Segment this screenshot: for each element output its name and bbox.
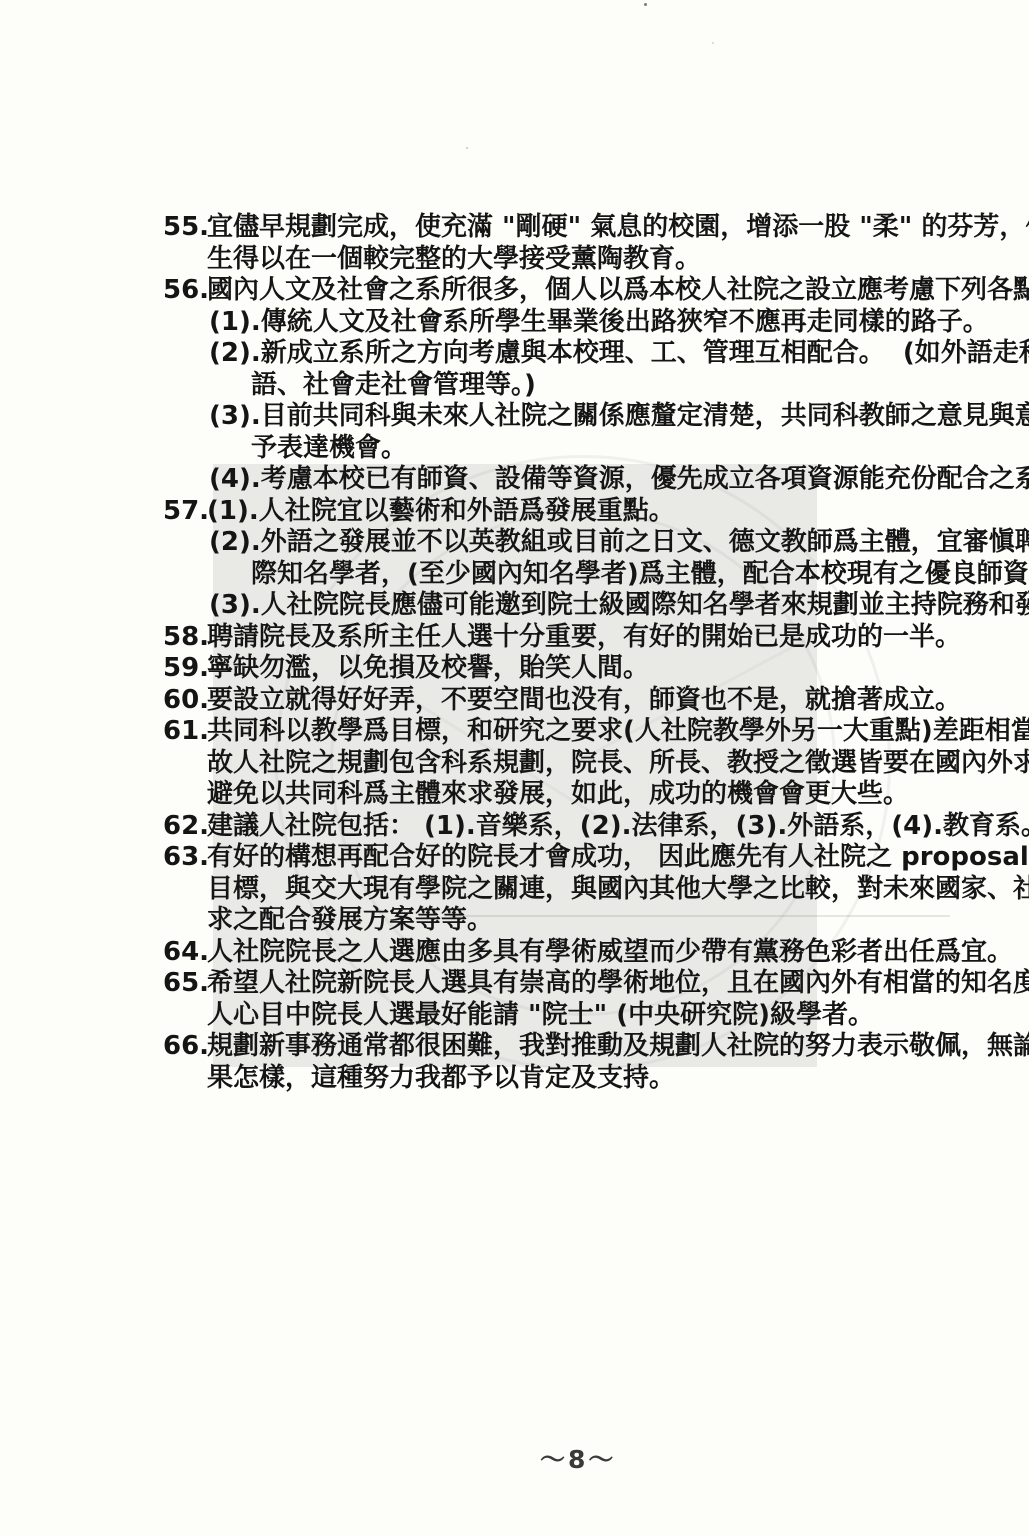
line-text: 予表達機會。 <box>251 433 407 463</box>
text-line: (3).目前共同科與未來人社院之關係應釐定清楚，共同科教師之意見與意願應 <box>163 401 1008 433</box>
line-text: 規劃新事務通常都很困難，我對推動及規劃人社院的努力表示敬佩，無論其結 <box>207 1031 1029 1061</box>
text-line: 63.有好的構想再配合好的院長才會成功， 因此應先有人社院之 proposal，… <box>163 842 1008 874</box>
line-text: 要設立就得好好弄，不要空間也没有，師資也不是，就搶著成立。 <box>207 685 961 715</box>
item-number: 64. <box>163 937 207 969</box>
text-line: 際知名學者，(至少國內知名學者)爲主體，配合本校現有之優良師資。 <box>163 559 1008 591</box>
line-text: 聘請院長及系所主任人選十分重要，有好的開始已是成功的一半。 <box>207 622 961 652</box>
text-line: (2).外語之發展並不以英教組或目前之日文、德文教師爲主體，宜審愼聘任國 <box>163 527 1008 559</box>
text-line: 66.規劃新事務通常都很困難，我對推動及規劃人社院的努力表示敬佩，無論其結 <box>163 1031 1008 1063</box>
text-line: 65.希望人社院新院長人選具有崇高的學術地位，且在國內外有相當的知名度，本 <box>163 968 1008 1000</box>
scan-speck <box>466 147 468 149</box>
text-line: 果怎樣，這種努力我都予以肯定及支持。 <box>163 1063 1008 1095</box>
text-line: 予表達機會。 <box>163 433 1008 465</box>
line-text: 希望人社院新院長人選具有崇高的學術地位，且在國內外有相當的知名度，本 <box>207 968 1029 998</box>
text-line: 58.聘請院長及系所主任人選十分重要，有好的開始已是成功的一半。 <box>163 622 1008 654</box>
text-line: 56.國內人文及社會之系所很多，個人以爲本校人社院之設立應考慮下列各點： <box>163 275 1008 307</box>
line-text: (2).外語之發展並不以英教組或目前之日文、德文教師爲主體，宜審愼聘任國 <box>209 527 1029 557</box>
text-line: 62.建議人社院包括： (1).音樂系，(2).法律系，(3).外語系，(4).… <box>163 811 1008 843</box>
text-block: 55.宜儘早規劃完成，使充滿 "剛硬" 氣息的校園，增添一股 "柔" 的芬芳，使… <box>163 212 1008 1094</box>
line-text: 人心目中院長人選最好能請 "院士" (中央研究院)級學者。 <box>207 1000 874 1030</box>
item-number: 66. <box>163 1031 207 1063</box>
text-line: 人心目中院長人選最好能請 "院士" (中央研究院)級學者。 <box>163 1000 1008 1032</box>
line-text: (2).新成立系所之方向考慮與本校理、工、管理互相配合。 (如外語走科技外 <box>209 338 1029 368</box>
text-line: 語、社會走社會管理等。) <box>163 370 1008 402</box>
item-number: 63. <box>163 842 207 874</box>
line-text: 生得以在一個較完整的大學接受薰陶教育。 <box>207 244 701 274</box>
line-text: (4).考慮本校已有師資、設備等資源，優先成立各項資源能充份配合之系所。 <box>209 464 1029 494</box>
text-line: 目標，與交大現有學院之關連，與國內其他大學之比較，對未來國家、社會需 <box>163 874 1008 906</box>
item-number: 58. <box>163 622 207 654</box>
scanned-document-page: 55.宜儘早規劃完成，使充滿 "剛硬" 氣息的校園，增添一股 "柔" 的芬芳，使… <box>0 0 1029 1536</box>
item-number: 60. <box>163 685 207 717</box>
text-line: 57.(1).人社院宜以藝術和外語爲發展重點。 <box>163 496 1008 528</box>
item-number: 62. <box>163 811 207 843</box>
page-number: ～8～ <box>540 1440 616 1476</box>
text-line: 60.要設立就得好好弄，不要空間也没有，師資也不是，就搶著成立。 <box>163 685 1008 717</box>
item-number: 59. <box>163 653 207 685</box>
line-text: (3).人社院院長應儘可能邀到院士級國際知名學者來規劃並主持院務和發展。 <box>209 590 1029 620</box>
text-line: (2).新成立系所之方向考慮與本校理、工、管理互相配合。 (如外語走科技外 <box>163 338 1008 370</box>
line-text: 共同科以教學爲目標，和研究之要求(人社院教學外另一大重點)差距相當大。 <box>207 716 1029 746</box>
line-text: (1).傳統人文及社會系所學生畢業後出路狹窄不應再走同樣的路子。 <box>209 307 989 337</box>
scan-speck <box>644 3 647 6</box>
line-text: 有好的構想再配合好的院長才會成功， 因此應先有人社院之 proposal，包括 <box>207 842 1029 872</box>
text-line: (3).人社院院長應儘可能邀到院士級國際知名學者來規劃並主持院務和發展。 <box>163 590 1008 622</box>
line-text: 國內人文及社會之系所很多，個人以爲本校人社院之設立應考慮下列各點： <box>207 275 1029 305</box>
text-line: (4).考慮本校已有師資、設備等資源，優先成立各項資源能充份配合之系所。 <box>163 464 1008 496</box>
text-line: (1).傳統人文及社會系所學生畢業後出路狹窄不應再走同樣的路子。 <box>163 307 1008 339</box>
line-text: 避免以共同科爲主體來求發展，如此，成功的機會會更大些。 <box>207 779 909 809</box>
line-text: 目標，與交大現有學院之關連，與國內其他大學之比較，對未來國家、社會需 <box>207 874 1029 904</box>
text-line: 61.共同科以教學爲目標，和研究之要求(人社院教學外另一大重點)差距相當大。 <box>163 716 1008 748</box>
line-text: 果怎樣，這種努力我都予以肯定及支持。 <box>207 1063 675 1093</box>
scan-speck <box>712 42 714 44</box>
text-line: 故人社院之規劃包含科系規劃，院長、所長、教授之徵選皆要在國內外求才， <box>163 748 1008 780</box>
line-text: 語、社會走社會管理等。) <box>251 370 536 400</box>
line-text: 際知名學者，(至少國內知名學者)爲主體，配合本校現有之優良師資。 <box>251 559 1029 589</box>
text-line: 避免以共同科爲主體來求發展，如此，成功的機會會更大些。 <box>163 779 1008 811</box>
text-line: 求之配合發展方案等等。 <box>163 905 1008 937</box>
item-number: 56. <box>163 275 207 307</box>
text-line: 64.人社院院長之人選應由多具有學術威望而少帶有黨務色彩者出任爲宜。 <box>163 937 1008 969</box>
text-line: 59.寧缺勿濫，以免損及校譽，貽笑人間。 <box>163 653 1008 685</box>
text-line: 生得以在一個較完整的大學接受薰陶教育。 <box>163 244 1008 276</box>
line-text: 宜儘早規劃完成，使充滿 "剛硬" 氣息的校園，增添一股 "柔" 的芬芳，使學 <box>207 212 1029 242</box>
item-number: 55. <box>163 212 207 244</box>
item-number: 65. <box>163 968 207 1000</box>
line-text: 建議人社院包括： (1).音樂系，(2).法律系，(3).外語系，(4).教育系… <box>207 811 1029 841</box>
line-text: 人社院院長之人選應由多具有學術威望而少帶有黨務色彩者出任爲宜。 <box>207 937 1013 967</box>
line-text: 求之配合發展方案等等。 <box>207 905 493 935</box>
line-text: (1).人社院宜以藝術和外語爲發展重點。 <box>207 496 675 526</box>
item-number: 57. <box>163 496 207 528</box>
line-text: 寧缺勿濫，以免損及校譽，貽笑人間。 <box>207 653 649 683</box>
line-text: (3).目前共同科與未來人社院之關係應釐定清楚，共同科教師之意見與意願應 <box>209 401 1029 431</box>
item-number: 61. <box>163 716 207 748</box>
line-text: 故人社院之規劃包含科系規劃，院長、所長、教授之徵選皆要在國內外求才， <box>207 748 1029 778</box>
text-line: 55.宜儘早規劃完成，使充滿 "剛硬" 氣息的校園，增添一股 "柔" 的芬芳，使… <box>163 212 1008 244</box>
